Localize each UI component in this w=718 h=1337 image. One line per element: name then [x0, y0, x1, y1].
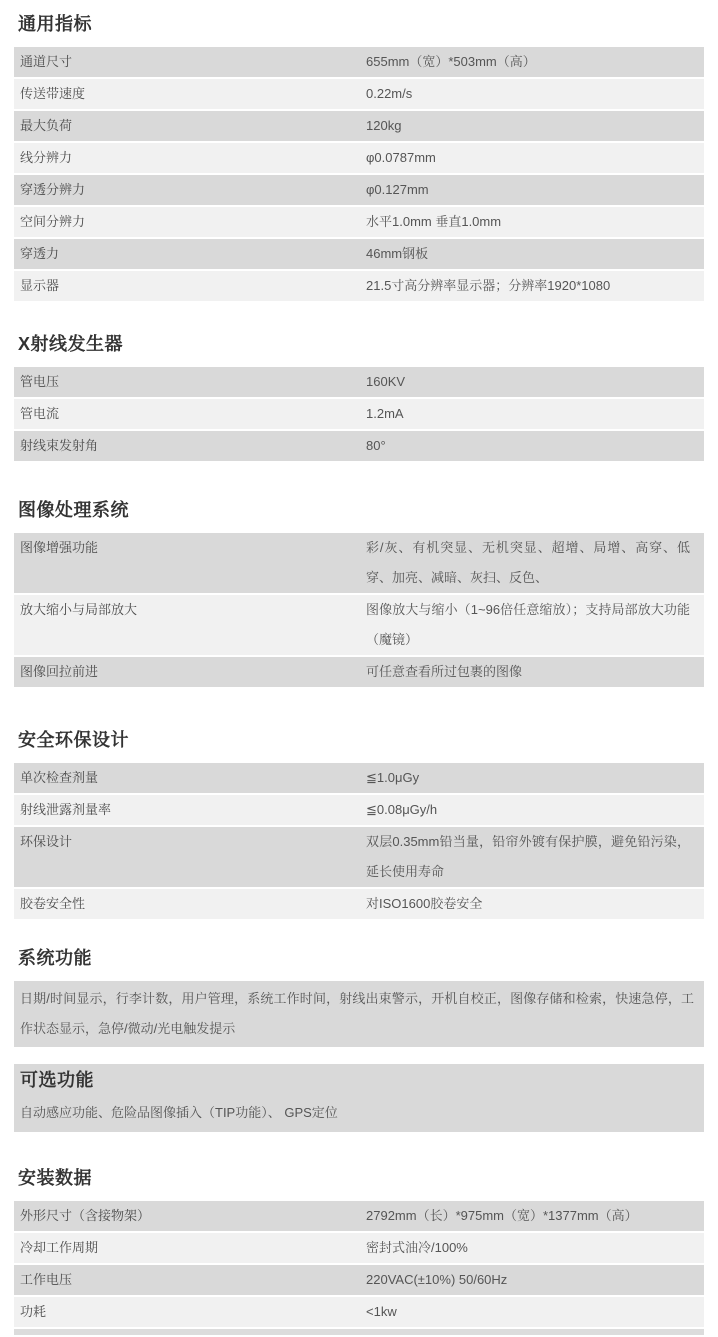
safety-table: 单次检查剂量 ≦1.0μGy 射线泄露剂量率 ≦0.08μGy/h 环保设计 双…: [14, 763, 704, 921]
spec-value: 1.2mA: [366, 399, 704, 429]
table-row: 胶卷安全性 对ISO1600胶卷安全: [14, 889, 704, 919]
spec-value: <1kw: [366, 1297, 704, 1327]
spec-value: 46mm钢板: [366, 239, 704, 269]
section-title-optional: 可选功能: [20, 1068, 694, 1093]
spec-value: 彩/灰、有机突显、无机突显、超增、局增、高穿、低穿、加亮、减暗、灰扫、反色、: [366, 533, 704, 593]
spec-value: 2792mm（长）*975mm（宽）*1377mm（高）: [366, 1201, 704, 1231]
spec-value: 220VAC(±10%) 50/60Hz: [366, 1265, 704, 1295]
spec-label: 射线泄露剂量率: [14, 795, 366, 825]
spec-label: 环保设计: [14, 827, 366, 887]
table-row: 线分辨力 φ0.0787mm: [14, 143, 704, 173]
spec-label: 图像回拉前进: [14, 657, 366, 687]
spec-value: 密封式油冷/100%: [366, 1233, 704, 1263]
spec-label: 外形尺寸（含接物架）: [14, 1201, 366, 1231]
section-title-safety: 安全环保设计: [14, 728, 704, 753]
spec-value: 120kg: [366, 111, 704, 141]
general-specs-table: 通道尺寸 655mm（宽）*503mm（高） 传送带速度 0.22m/s 最大负…: [14, 47, 704, 303]
table-row: 环保设计 双层0.35mm铅当量，铅帘外镀有保护膜，避免铅污染，延长使用寿命: [14, 827, 704, 887]
spec-label: 射线束发射角: [14, 431, 366, 461]
table-row: 管电流 1.2mA: [14, 399, 704, 429]
spec-label: 空间分辨力: [14, 207, 366, 237]
spec-value: 可任意查看所过包裹的图像: [366, 657, 704, 687]
spec-label: 工作电压: [14, 1265, 366, 1295]
spec-value: 水平1.0mm 垂直1.0mm: [366, 207, 704, 237]
xray-table: 管电压 160KV 管电流 1.2mA 射线束发射角 80°: [14, 367, 704, 463]
table-row: 图像回拉前进 可任意查看所过包裹的图像: [14, 657, 704, 687]
section-title-image: 图像处理系统: [14, 498, 704, 523]
spec-label: 穿透分辨力: [14, 175, 366, 205]
spec-label: 胶卷安全性: [14, 889, 366, 919]
spec-value: 21.5寸高分辨率显示器；分辨率1920*1080: [366, 271, 704, 301]
spec-value: 80°: [366, 431, 704, 461]
spec-value: 0.22m/s: [366, 79, 704, 109]
table-row: 功耗 <1kw: [14, 1297, 704, 1327]
table-row: 传送带速度 0.22m/s: [14, 79, 704, 109]
spec-label: 图像增强功能: [14, 533, 366, 593]
section-safety-design: 安全环保设计 单次检查剂量 ≦1.0μGy 射线泄露剂量率 ≦0.08μGy/h…: [14, 728, 704, 921]
optional-functions-text: 自动感应功能、危险品图像插入（TIP功能）、 GPS定位: [20, 1098, 694, 1128]
section-title-general: 通用指标: [14, 12, 704, 37]
spec-label: 穿透力: [14, 239, 366, 269]
table-row: 外形尺寸（含接物架） 2792mm（长）*975mm（宽）*1377mm（高）: [14, 1201, 704, 1231]
section-general-specs: 通用指标 通道尺寸 655mm（宽）*503mm（高） 传送带速度 0.22m/…: [14, 12, 704, 303]
section-optional-functions: 可选功能 自动感应功能、危险品图像插入（TIP功能）、 GPS定位: [14, 1064, 704, 1132]
spec-label: 线分辨力: [14, 143, 366, 173]
spec-value: 655mm（宽）*503mm（高）: [366, 47, 704, 77]
table-row: 空间分辨力 水平1.0mm 垂直1.0mm: [14, 207, 704, 237]
table-row: 射线束发射角 80°: [14, 431, 704, 461]
spec-value: φ0.127mm: [366, 175, 704, 205]
spec-value: φ0.0787mm: [366, 143, 704, 173]
image-table: 图像增强功能 彩/灰、有机突显、无机突显、超增、局增、高穿、低穿、加亮、减暗、灰…: [14, 533, 704, 689]
spec-sheet: 通用指标 通道尺寸 655mm（宽）*503mm（高） 传送带速度 0.22m/…: [0, 0, 718, 1335]
section-xray-generator: X射线发生器 管电压 160KV 管电流 1.2mA 射线束发射角 80°: [14, 332, 704, 463]
spec-label: 最大负荷: [14, 111, 366, 141]
section-title-xray: X射线发生器: [14, 332, 704, 357]
table-row: 最大负荷 120kg: [14, 111, 704, 141]
table-row: 图像增强功能 彩/灰、有机突显、无机突显、超增、局增、高穿、低穿、加亮、减暗、灰…: [14, 533, 704, 593]
spec-value: ≦0.08μGy/h: [366, 795, 704, 825]
spec-label: 通道尺寸: [14, 47, 366, 77]
table-row: 放大缩小与局部放大 图像放大与缩小（1~96倍任意缩放）；支持局部放大功能（魔镜…: [14, 595, 704, 655]
spec-label: 冷却工作周期: [14, 1233, 366, 1263]
table-row: 穿透分辨力 φ0.127mm: [14, 175, 704, 205]
table-row: 射线泄露剂量率 ≦0.08μGy/h: [14, 795, 704, 825]
cutoff-row-strip: [14, 1329, 704, 1335]
spec-value: 图像放大与缩小（1~96倍任意缩放）；支持局部放大功能（魔镜）: [366, 595, 704, 655]
spec-label: 管电流: [14, 399, 366, 429]
installation-table: 外形尺寸（含接物架） 2792mm（长）*975mm（宽）*1377mm（高） …: [14, 1201, 704, 1329]
spec-value: ≦1.0μGy: [366, 763, 704, 793]
section-title-install: 安装数据: [14, 1166, 704, 1191]
system-functions-text: 日期/时间显示，行李计数，用户管理，系统工作时间，射线出束警示，开机自校正，图像…: [14, 981, 704, 1047]
table-row: 工作电压 220VAC(±10%) 50/60Hz: [14, 1265, 704, 1295]
spec-value: 双层0.35mm铅当量，铅帘外镀有保护膜，避免铅污染，延长使用寿命: [366, 827, 704, 887]
spec-label: 功耗: [14, 1297, 366, 1327]
section-title-system: 系统功能: [14, 946, 704, 971]
spec-label: 显示器: [14, 271, 366, 301]
section-image-processing: 图像处理系统 图像增强功能 彩/灰、有机突显、无机突显、超增、局增、高穿、低穿、…: [14, 498, 704, 689]
table-row: 通道尺寸 655mm（宽）*503mm（高）: [14, 47, 704, 77]
table-row: 单次检查剂量 ≦1.0μGy: [14, 763, 704, 793]
section-installation-data: 安装数据 外形尺寸（含接物架） 2792mm（长）*975mm（宽）*1377m…: [14, 1166, 704, 1335]
table-row: 冷却工作周期 密封式油冷/100%: [14, 1233, 704, 1263]
spec-label: 传送带速度: [14, 79, 366, 109]
spec-value: 对ISO1600胶卷安全: [366, 889, 704, 919]
spec-label: 管电压: [14, 367, 366, 397]
spec-value: 160KV: [366, 367, 704, 397]
section-system-functions: 系统功能 日期/时间显示，行李计数，用户管理，系统工作时间，射线出束警示，开机自…: [14, 946, 704, 1047]
table-row: 显示器 21.5寸高分辨率显示器；分辨率1920*1080: [14, 271, 704, 301]
spec-label: 放大缩小与局部放大: [14, 595, 366, 655]
table-row: 穿透力 46mm钢板: [14, 239, 704, 269]
table-row: 管电压 160KV: [14, 367, 704, 397]
spec-label: 单次检查剂量: [14, 763, 366, 793]
